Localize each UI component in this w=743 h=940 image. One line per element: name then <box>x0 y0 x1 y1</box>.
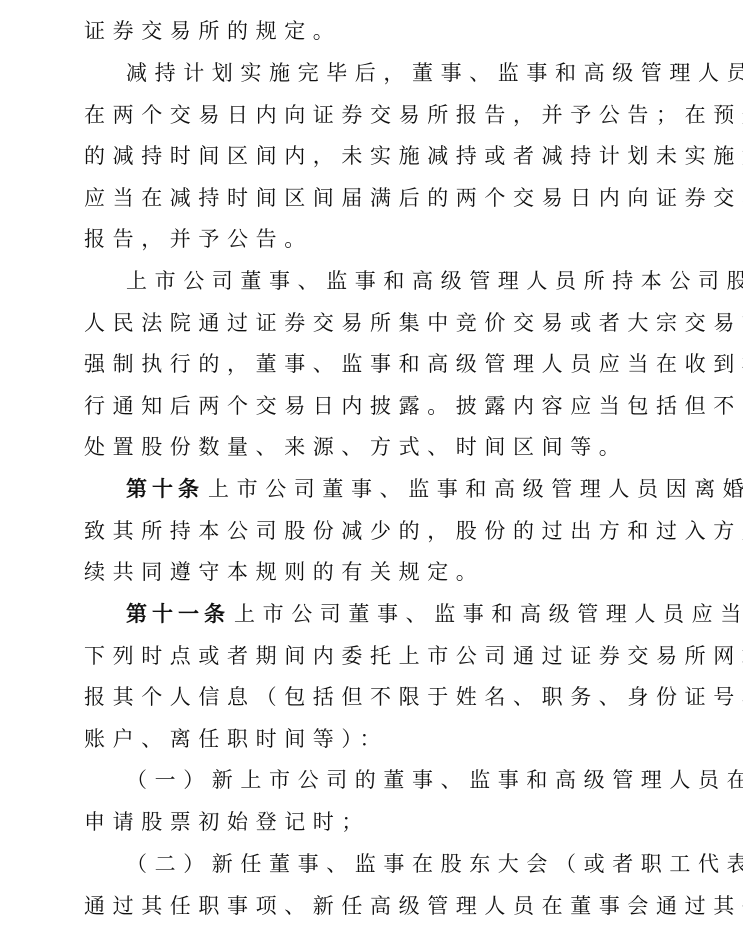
text-line: 续共同遵守本规则的有关规定。 <box>84 557 484 587</box>
text-line: 账户、离任职时间等）： <box>84 724 388 754</box>
text-line: 报告，并予公告。 <box>84 224 313 254</box>
article-text: 上市公司董事、监事和高级管理人员因离婚导 <box>208 477 743 501</box>
text-line: 致其所持本公司股份减少的，股份的过出方和过入方应当持 <box>84 516 743 546</box>
document-page: 证券交易所的规定。 减持计划实施完毕后，董事、监事和高级管理人员应当 在两个交易… <box>0 0 743 940</box>
text-line: 证券交易所的规定。 <box>84 16 341 46</box>
text-line: 人民法院通过证券交易所集中竞价交易或者大宗交易方式 <box>84 308 743 338</box>
text-line: 处置股份数量、来源、方式、时间区间等。 <box>84 432 627 462</box>
text-line: 在两个交易日内向证券交易所报告，并予公告；在预先披露 <box>84 100 743 130</box>
text-line: 强制执行的，董事、监事和高级管理人员应当在收到相关执 <box>84 349 743 379</box>
text-line: 减持计划实施完毕后，董事、监事和高级管理人员应当 <box>126 58 743 88</box>
text-line: 通过其任职事项、新任高级管理人员在董事会通过其任职事 <box>84 891 743 921</box>
article-11-line: 第十一条上市公司董事、监事和高级管理人员应当在 <box>126 599 743 629</box>
article-text: 上市公司董事、监事和高级管理人员应当在 <box>234 602 743 626</box>
text-line: 下列时点或者期间内委托上市公司通过证券交易所网站申 <box>84 641 743 671</box>
text-line: 报其个人信息（包括但不限于姓名、职务、身份证号、证券 <box>84 682 743 712</box>
article-heading: 第十条 <box>126 477 204 501</box>
list-item-1: （一）新上市公司的董事、监事和高级管理人员在公司 <box>126 765 743 795</box>
list-item-2: （二）新任董事、监事在股东大会（或者职工代表大会） <box>126 849 743 879</box>
text-line: 申请股票初始登记时； <box>84 807 370 837</box>
article-heading: 第十一条 <box>126 602 230 626</box>
text-line: 上市公司董事、监事和高级管理人员所持本公司股份被 <box>126 266 743 296</box>
text-line: 的减持时间区间内，未实施减持或者减持计划未实施完毕的， <box>84 141 743 171</box>
text-line: 行通知后两个交易日内披露。披露内容应当包括但不限于拟 <box>84 391 743 421</box>
text-line: 应当在减持时间区间届满后的两个交易日内向证券交易所 <box>84 183 743 213</box>
article-10-line: 第十条上市公司董事、监事和高级管理人员因离婚导 <box>126 474 743 504</box>
